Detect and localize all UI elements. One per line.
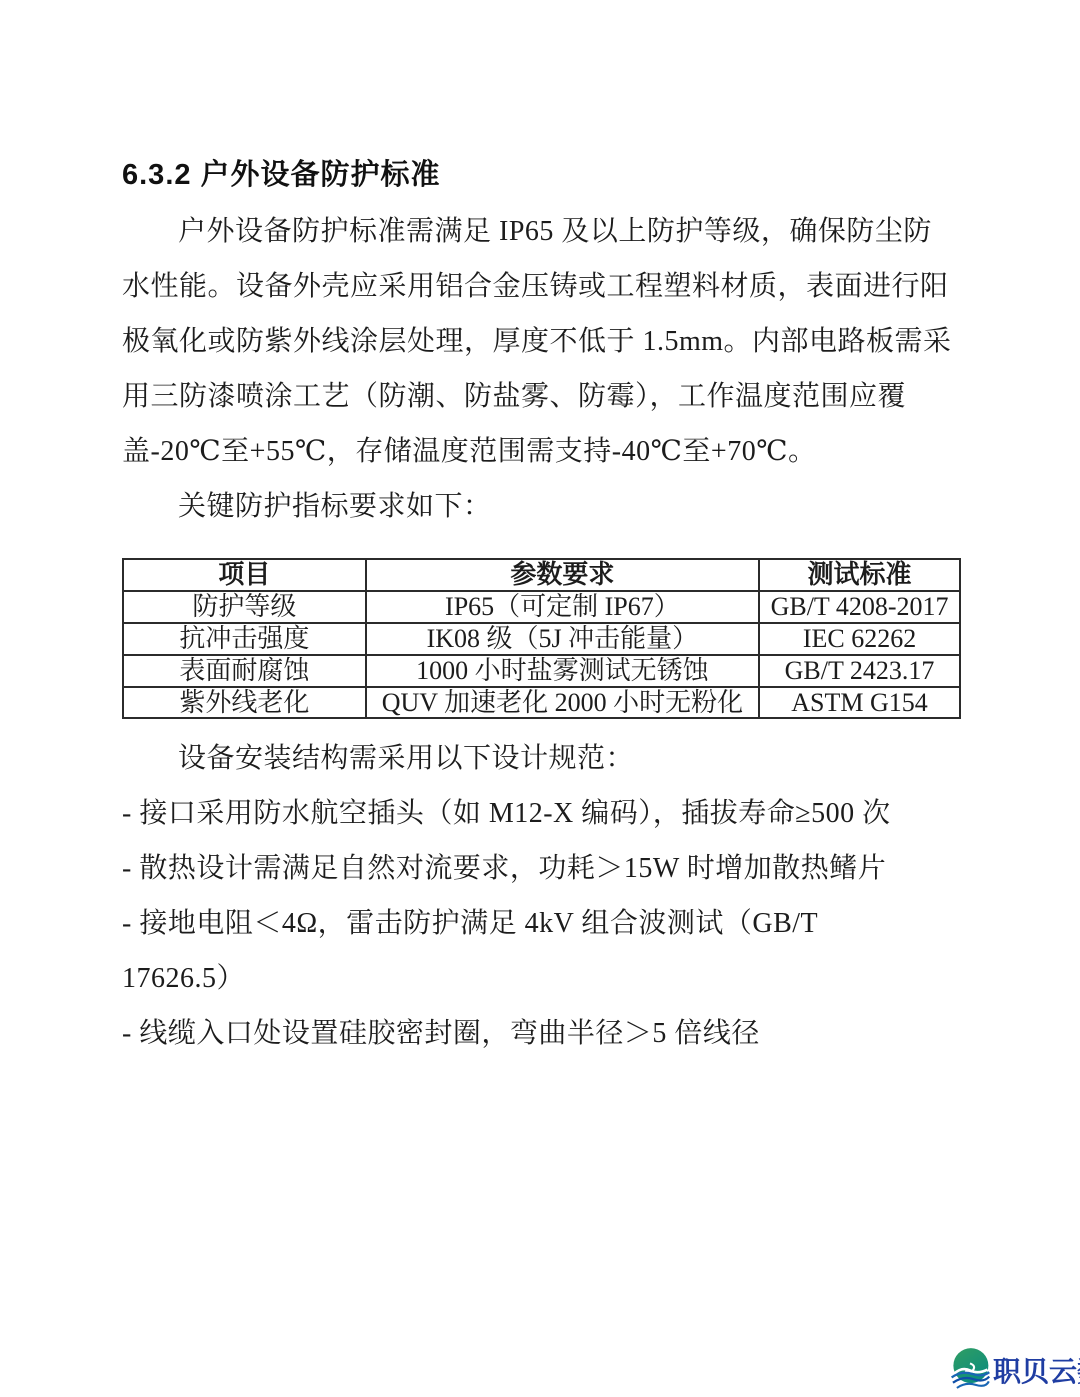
table-cell: 抗冲击强度 [123,623,366,655]
list-item: - 散热设计需满足自然对流要求，功耗＞15W 时增加散热鳍片 [122,841,961,896]
table-row: 防护等级 IP65（可定制 IP67） GB/T 4208-2017 [123,591,960,623]
document-page: 6.3.2 户外设备防护标准 户外设备防护标准需满足 IP65 及以上防护等级，… [0,0,1080,1397]
table-cell: IK08 级（5J 冲击能量） [366,623,759,655]
list-item: - 线缆入口处设置硅胶密封圈，弯曲半径＞5 倍线径 [122,1006,961,1061]
table-cell: QUV 加速老化 2000 小时无粉化 [366,687,759,719]
table-row: 紫外线老化 QUV 加速老化 2000 小时无粉化 ASTM G154 [123,687,960,719]
table-header-item: 项目 [123,559,366,591]
table-cell: ASTM G154 [759,687,960,719]
design-spec-list: - 接口采用防水航空插头（如 M12-X 编码），插拔寿命≥500 次 - 散热… [122,786,961,1061]
body-line: 水性能。设备外壳应采用铝合金压铸或工程塑料材质，表面进行阳 [122,259,961,314]
list-item: - 接地电阻＜4Ω，雷击防护满足 4kV 组合波测试（GB/T [122,896,961,951]
paragraph-protection: 户外设备防护标准需满足 IP65 及以上防护等级，确保防尘防 水性能。设备外壳应… [122,204,961,479]
body-line: 用三防漆喷涂工艺（防潮、防盐雾、防霉），工作温度范围应覆 [122,369,961,424]
protection-spec-table: 项目 参数要求 测试标准 防护等级 IP65（可定制 IP67） GB/T 42… [122,558,961,719]
table-header-row: 项目 参数要求 测试标准 [123,559,960,591]
list-item-continuation: 17626.5） [122,951,961,1006]
table-cell: GB/T 4208-2017 [759,591,960,623]
table-cell: 1000 小时盐雾测试无锈蚀 [366,655,759,687]
section-heading: 6.3.2 户外设备防护标准 [122,156,961,194]
paragraph-key-indicators: 关键防护指标要求如下： [122,479,961,534]
logo-globe-wave-icon [949,1346,991,1394]
body-line: 盖-20℃至+55℃，存储温度范围需支持-40℃至+70℃。 [122,424,961,479]
table-cell: IEC 62262 [759,623,960,655]
table-cell: GB/T 2423.17 [759,655,960,687]
table-cell: 防护等级 [123,591,366,623]
table-cell: IP65（可定制 IP67） [366,591,759,623]
list-item: - 接口采用防水航空插头（如 M12-X 编码），插拔寿命≥500 次 [122,786,961,841]
table-cell: 表面耐腐蚀 [123,655,366,687]
zhibei-cloud-logo: 职贝云数 [949,1346,1080,1394]
body-line: 户外设备防护标准需满足 IP65 及以上防护等级，确保防尘防 [122,204,961,259]
document-content: 6.3.2 户外设备防护标准 户外设备防护标准需满足 IP65 及以上防护等级，… [122,156,961,1061]
table-header-param: 参数要求 [366,559,759,591]
table-cell: 紫外线老化 [123,687,366,719]
table-row: 表面耐腐蚀 1000 小时盐雾测试无锈蚀 GB/T 2423.17 [123,655,960,687]
paragraph-install-spec: 设备安装结构需采用以下设计规范： [122,731,961,786]
logo-text: 职贝云数 [993,1350,1080,1390]
body-line: 极氧化或防紫外线涂层处理，厚度不低于 1.5mm。内部电路板需采 [122,314,961,369]
table-header-standard: 测试标准 [759,559,960,591]
table-row: 抗冲击强度 IK08 级（5J 冲击能量） IEC 62262 [123,623,960,655]
